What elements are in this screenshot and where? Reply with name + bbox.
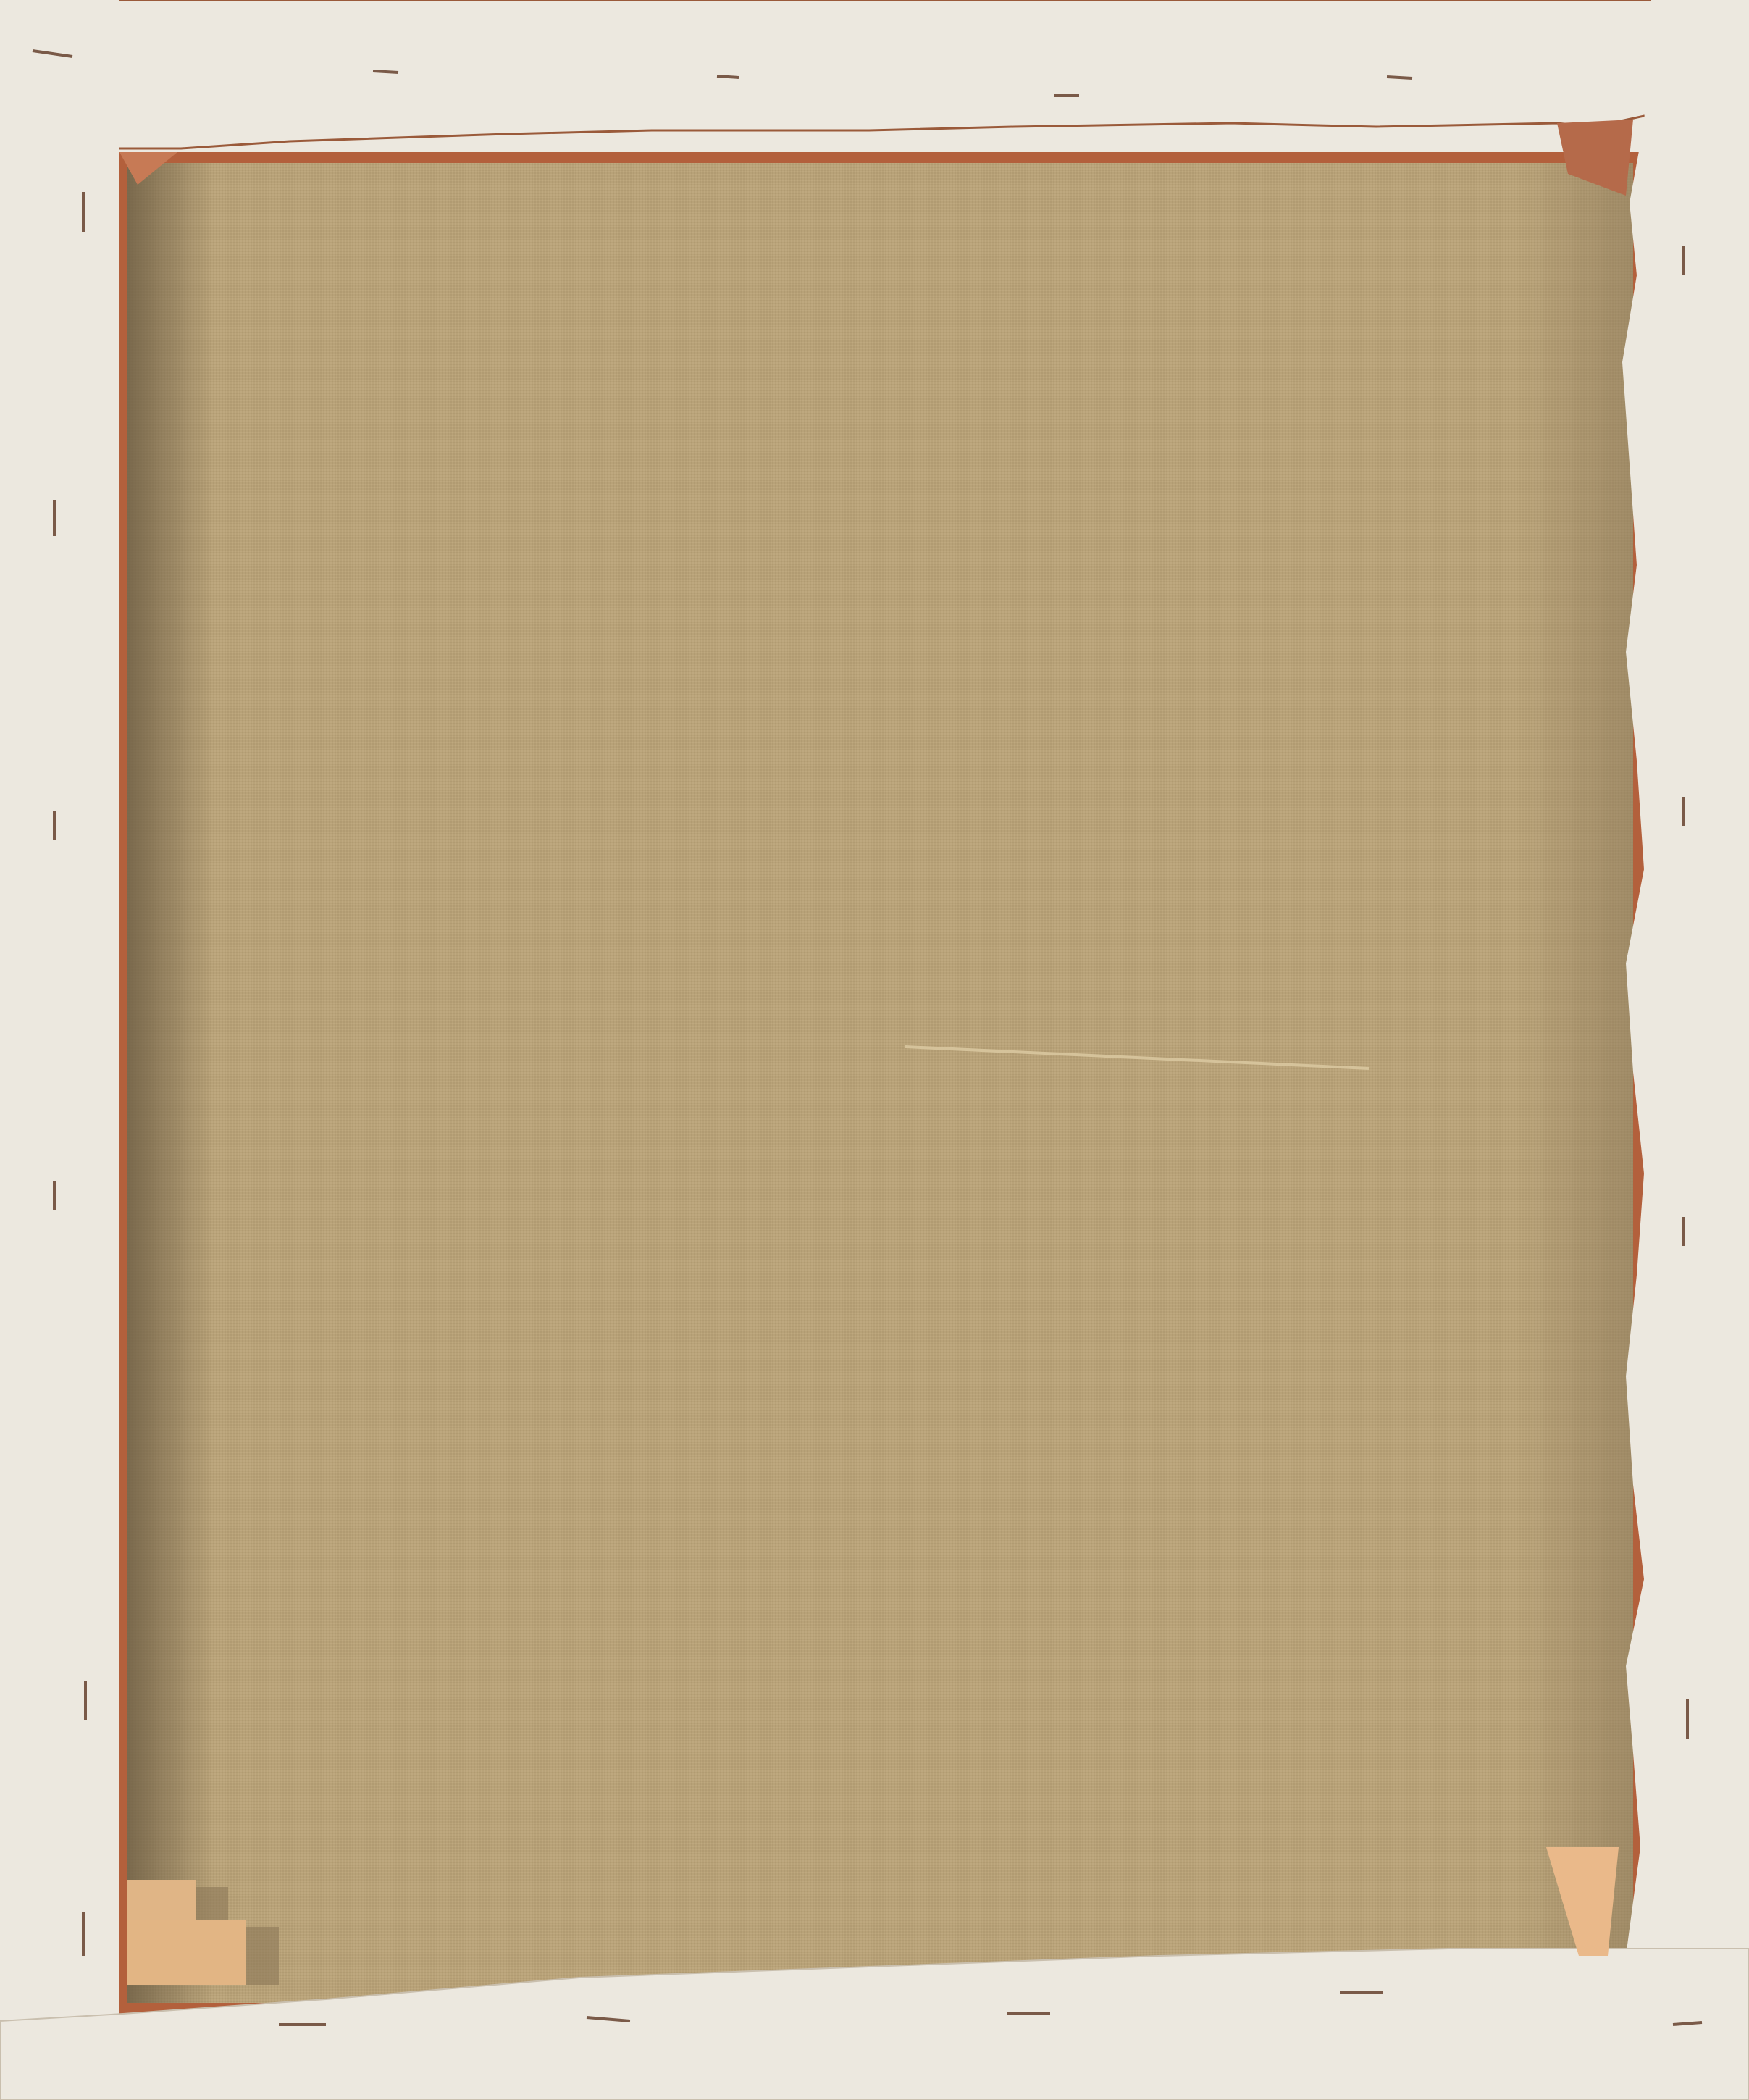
linen-canvas [127, 163, 1633, 2003]
corner-key-bottom-left-2 [127, 1920, 246, 1985]
canvas-back-illustration [0, 0, 1749, 2100]
corner-key-bottom-left-1 [127, 1880, 196, 1920]
canvas-back-photo: Back of a stretched canvas painting [0, 0, 1749, 2100]
left-margin [0, 0, 119, 2100]
right-margin [1622, 0, 1749, 2100]
